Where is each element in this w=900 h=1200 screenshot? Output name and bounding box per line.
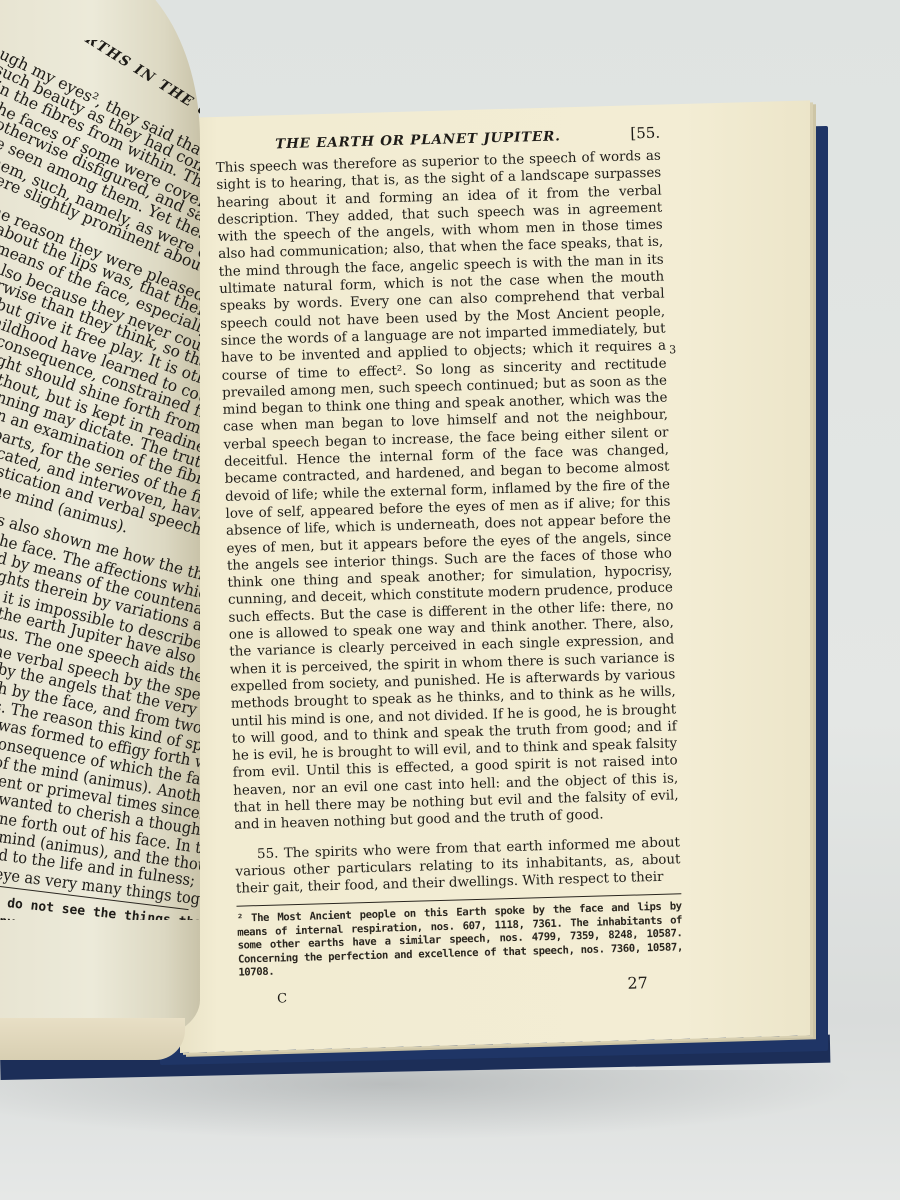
left-page-curl <box>0 1018 185 1060</box>
left-page-text: EARTHS IN THE UNIVERSE ough my eyes², th… <box>0 40 200 920</box>
section-marker: [55. <box>630 124 660 143</box>
section-55-paragraph: 55. The spirits who were from that earth… <box>235 834 681 898</box>
margin-note: 3 <box>669 343 676 356</box>
footnote: ² The Most Ancient people on this Earth … <box>237 901 684 981</box>
right-page-text: THE EARTH OR PLANET JUPITER. [55. 3 This… <box>215 124 684 1008</box>
body-paragraph: This speech was therefore as superior to… <box>216 148 680 835</box>
book-shadow <box>0 1070 860 1140</box>
page-number: 27 <box>627 972 684 997</box>
signature-mark: C <box>239 991 287 1007</box>
